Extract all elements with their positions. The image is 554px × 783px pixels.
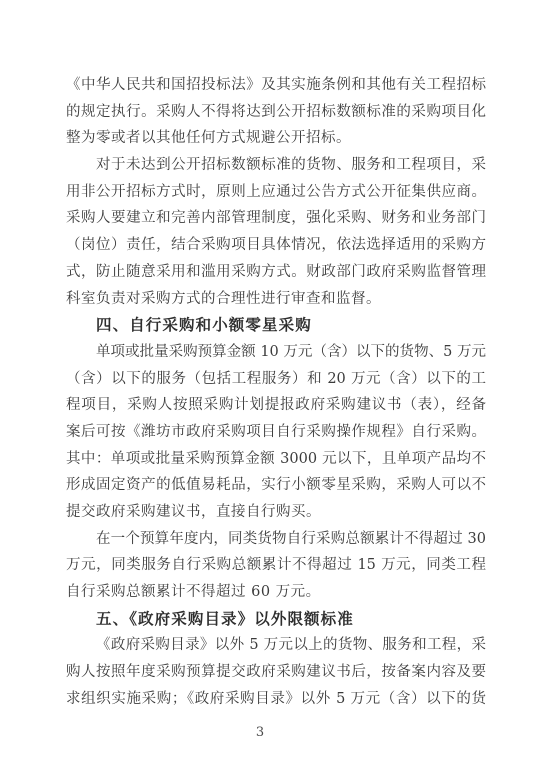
text-line: 《政府采购目录》以外 5 万元以上的货物、服务和工程，采 [66,632,486,659]
text-line: 科室负责对采购方式的合理性进行审查和监督。 [66,286,486,313]
text-line: 对于未达到公开招标数额标准的货物、服务和工程项目，采 [66,152,486,179]
section-heading: 四、自行采购和小额零星采购 [66,312,486,339]
text-line: 在一个预算年度内，同类货物自行采购总额累计不得超过 30 [66,526,486,553]
text-line: 的规定执行。采购人不得将达到公开招标数额标准的采购项目化 [66,99,486,126]
text-line: （含）以下的服务（包括工程服务）和 20 万元（含）以下的工 [66,366,486,393]
text-line: 万元，同类服务自行采购总额累计不得超过 15 万元，同类工程 [66,552,486,579]
text-line: 程项目，采购人按照采购计划提报政府采购建议书（表），经备 [66,392,486,419]
page-number: 3 [0,725,520,740]
text-line: 提交政府采购建议书，直接自行购买。 [66,499,486,526]
text-line: 《中华人民共和国招投标法》及其实施条例和其他有关工程招标 [66,72,486,99]
text-line: 用非公开招标方式时，原则上应通过公告方式公开征集供应商。 [66,179,486,206]
text-line: 购人按照年度采购预算提交政府采购建议书后，按备案内容及要 [66,659,486,686]
text-line: 形成固定资产的低值易耗品，实行小额零星采购，采购人可以不 [66,472,486,499]
text-line: 其中：单项或批量采购预算金额 3000 元以下，且单项产品均不 [66,446,486,473]
text-line: 求组织实施采购；《政府采购目录》以外 5 万元（含）以下的货 [66,686,486,713]
text-line: 单项或批量采购预算金额 10 万元（含）以下的货物、5 万元 [66,339,486,366]
text-line: 案后可按《潍坊市政府采购项目自行采购操作规程》自行采购。 [66,419,486,446]
text-line: （岗位）责任，结合采购项目具体情况，依法选择适用的采购方 [66,232,486,259]
document-page: 《中华人民共和国招投标法》及其实施条例和其他有关工程招标的规定执行。采购人不得将… [0,0,554,783]
text-line: 自行采购总额累计不得超过 60 万元。 [66,579,486,606]
section-heading: 五、《政府采购目录》以外限额标准 [66,606,486,633]
text-block: 《中华人民共和国招投标法》及其实施条例和其他有关工程招标的规定执行。采购人不得将… [66,72,486,713]
text-line: 采购人要建立和完善内部管理制度，强化采购、财务和业务部门 [66,205,486,232]
text-line: 整为零或者以其他任何方式规避公开招标。 [66,125,486,152]
text-line: 式，防止随意采用和滥用采购方式。财政部门政府采购监督管理 [66,259,486,286]
